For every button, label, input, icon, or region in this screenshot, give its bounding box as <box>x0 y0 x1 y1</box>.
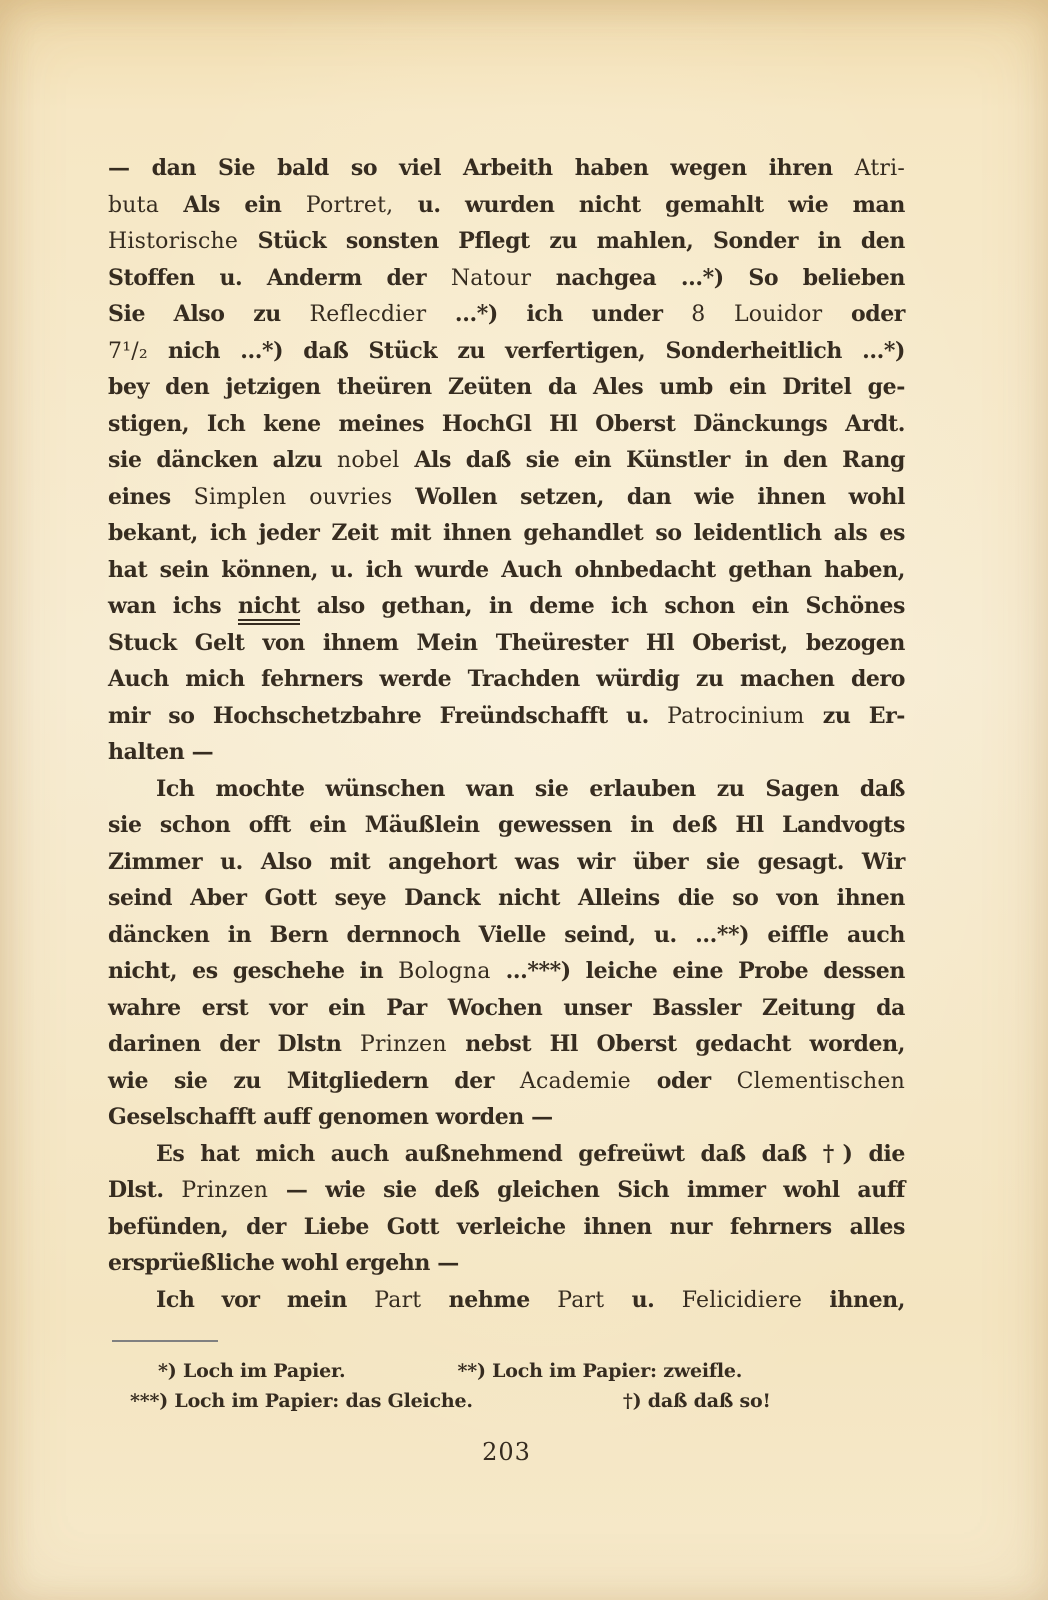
text-line: — dan Sie bald so viel Arbeith haben weg… <box>108 150 905 187</box>
text-segment: Auch mich fehrners werde Trachden würdig… <box>108 666 905 692</box>
text-segment: Dlst. <box>108 1177 181 1203</box>
text-segment: also gethan, in deme ich schon ein Schön… <box>300 593 905 619</box>
text-line: bey den jetzigen theüren Zeüten da Ales … <box>108 369 905 406</box>
text-line: eines Simplen ouvries Wollen setzen, dan… <box>108 479 905 516</box>
text-line: Dlst. Prinzen — wie sie deß gleichen Sic… <box>108 1172 905 1209</box>
text-segment: Part <box>374 1288 421 1313</box>
text-segment: Bologna <box>398 959 490 984</box>
text-line: seind Aber Gott seye Danck nicht Alleins… <box>108 880 905 917</box>
footnote-row: *) Loch im Papier.**) Loch im Papier: zw… <box>158 1356 905 1386</box>
text-segment: nicht, es geschehe in <box>108 958 398 984</box>
text-segment: Zimmer u. Also mit angehort was wir über… <box>108 849 905 875</box>
text-line: bekant, ich jeder Zeit mit ihnen gehandl… <box>108 515 905 552</box>
text-segment: Als daß sie ein Künstler in den Rang <box>400 447 905 473</box>
text-segment: Ich vor mein <box>156 1287 374 1313</box>
text-segment: ersprüeßliche wohl ergehn — <box>108 1250 459 1276</box>
footnote-row: ***) Loch im Papier: das Gleiche.†) daß … <box>130 1386 905 1416</box>
text-segment: wie sie zu Mitgliedern der <box>108 1068 520 1094</box>
text-segment: Als ein <box>183 192 306 218</box>
text-segment: nebst Hl Oberst gedacht worden, <box>447 1031 905 1057</box>
text-segment: eines <box>108 484 194 510</box>
text-segment: Patrocinium <box>667 704 804 729</box>
text-segment: Stück sonsten Pflegt zu mahlen, Sonder i… <box>258 228 905 254</box>
text-line: mir so Hochschetzbahre Freündschafft u. … <box>108 698 905 735</box>
text-segment: hat sein können, u. ich wurde Auch ohnbe… <box>108 557 905 583</box>
text-line: Stuck Gelt von ihnem Mein Theürester Hl … <box>108 625 905 662</box>
text-segment: ihnen, <box>802 1287 905 1313</box>
text-segment: 8 Louidor <box>691 302 822 327</box>
text-line: Sie Also zu Reflecdier ...*) ich under 8… <box>108 296 905 333</box>
text-line: nicht, es geschehe in Bologna ...***) le… <box>108 953 905 990</box>
text-segment: ...*) ich under <box>426 301 691 327</box>
text-line: Historische Stück sonsten Pflegt zu mahl… <box>108 223 905 260</box>
text-segment: Prinzen <box>181 1178 268 1203</box>
text-line: Es hat mich auch außnehmend gefreüwt daß… <box>108 1136 905 1173</box>
text-segment: mir so Hochschetzbahre Freündschafft u. <box>108 703 667 729</box>
text-segment: bey den jetzigen theüren Zeüten da Ales … <box>108 374 905 400</box>
text-segment: ...***) leiche eine Probe dessen <box>491 958 905 984</box>
book-page: — dan Sie bald so viel Arbeith haben weg… <box>0 0 1048 1600</box>
text-segment: Wollen setzen, dan wie ihnen wohl <box>392 484 905 510</box>
text-segment: Historische <box>108 229 258 254</box>
text-line: befünden, der Liebe Gott verleiche ihnen… <box>108 1209 905 1246</box>
text-line: wahre erst vor ein Par Wochen unser Bass… <box>108 990 905 1027</box>
text-line: Geselschafft auff genomen worden — <box>108 1099 905 1136</box>
text-segment: Es hat mich auch außnehmend gefreüwt daß… <box>156 1141 905 1167</box>
text-line: darinen der Dlstn Prinzen nebst Hl Obers… <box>108 1026 905 1063</box>
text-segment: u. <box>604 1287 681 1313</box>
text-line: Stoffen u. Anderm der Natour nachgea ...… <box>108 260 905 297</box>
text-segment: Stuck Gelt von ihnem Mein Theürester Hl … <box>108 630 905 656</box>
footnote-right: †) daß daß so! <box>623 1390 771 1412</box>
text-segment: Part <box>557 1288 604 1313</box>
text-segment: — dan Sie bald so viel Arbeith haben weg… <box>108 155 855 181</box>
text-segment: Atri- <box>855 156 905 181</box>
footnote-separator <box>112 1340 218 1342</box>
text-line: Ich mochte wünschen wan sie erlauben zu … <box>108 771 905 808</box>
text-line: halten — <box>108 734 905 771</box>
letter-text-block: — dan Sie bald so viel Arbeith haben weg… <box>108 150 905 1466</box>
text-segment: buta <box>108 193 183 218</box>
text-segment: bekant, ich jeder Zeit mit ihnen gehandl… <box>108 520 905 546</box>
text-segment: Ich mochte wünschen wan sie erlauben zu … <box>156 776 905 802</box>
text-segment: sie däncken alzu <box>108 447 337 473</box>
text-line: sie schon offt ein Mäußlein gewessen in … <box>108 807 905 844</box>
text-segment: befünden, der Liebe Gott verleiche ihnen… <box>108 1214 905 1240</box>
text-segment: 7¹/₂ <box>108 339 148 364</box>
text-segment: u. wurden nicht gemahlt wie man <box>393 192 905 218</box>
text-line: hat sein können, u. ich wurde Auch ohnbe… <box>108 552 905 589</box>
text-segment: oder <box>631 1068 737 1094</box>
text-segment: nehme <box>421 1287 557 1313</box>
text-segment: zu Er- <box>804 703 905 729</box>
text-segment: nich ...*) daß Stück zu verfertigen, Son… <box>148 338 905 364</box>
text-line: buta Als ein Portret, u. wurden nicht ge… <box>108 187 905 224</box>
footnotes: *) Loch im Papier.**) Loch im Papier: zw… <box>108 1356 905 1416</box>
text-segment: Simplen ouvries <box>194 485 393 510</box>
text-line: 7¹/₂ nich ...*) daß Stück zu verfertigen… <box>108 333 905 370</box>
text-line: Zimmer u. Also mit angehort was wir über… <box>108 844 905 881</box>
text-line: wan ichs nicht also gethan, in deme ich … <box>108 588 905 625</box>
text-segment: Stoffen u. Anderm der <box>108 265 451 291</box>
footnote-left: ***) Loch im Papier: das Gleiche. <box>130 1390 473 1412</box>
text-segment: wan ichs <box>108 593 238 619</box>
text-segment: halten — <box>108 739 213 765</box>
footnote-left: *) Loch im Papier. <box>158 1360 345 1382</box>
text-line: Auch mich fehrners werde Trachden würdig… <box>108 661 905 698</box>
text-line: wie sie zu Mitgliedern der Academie oder… <box>108 1063 905 1100</box>
text-segment: däncken in Bern dernnoch Vielle seind, u… <box>108 922 905 948</box>
text-segment: Felicidiere <box>682 1288 802 1313</box>
text-segment: Clementischen <box>737 1069 905 1094</box>
text-segment: nachgea ...*) So belieben <box>531 265 905 291</box>
text-segment: Natour <box>451 266 531 291</box>
text-segment: nobel <box>337 448 400 473</box>
page-number: 203 <box>108 1438 905 1466</box>
text-segment: Portret, <box>306 193 393 218</box>
text-segment: Geselschafft auff genomen worden — <box>108 1104 553 1130</box>
text-line: däncken in Bern dernnoch Vielle seind, u… <box>108 917 905 954</box>
text-segment: Academie <box>520 1069 631 1094</box>
text-segment: Reflecdier <box>310 302 427 327</box>
underlined-word: nicht <box>238 593 300 625</box>
text-segment: stigen, Ich kene meines HochGl Hl Oberst… <box>108 411 905 437</box>
text-line: sie däncken alzu nobel Als daß sie ein K… <box>108 442 905 479</box>
text-segment: wahre erst vor ein Par Wochen unser Bass… <box>108 995 905 1021</box>
text-line: ersprüeßliche wohl ergehn — <box>108 1245 905 1282</box>
text-segment: sie schon offt ein Mäußlein gewessen in … <box>108 812 905 838</box>
text-segment: seind Aber Gott seye Danck nicht Alleins… <box>108 885 905 911</box>
text-line: stigen, Ich kene meines HochGl Hl Oberst… <box>108 406 905 443</box>
text-segment: — wie sie deß gleichen Sich immer wohl a… <box>268 1177 905 1203</box>
text-segment: Prinzen <box>360 1032 447 1057</box>
text-segment: darinen der Dlstn <box>108 1031 360 1057</box>
text-segment: Sie Also zu <box>108 301 310 327</box>
footnote-right: **) Loch im Papier: zweifle. <box>457 1360 742 1382</box>
text-line: Ich vor mein Part nehme Part u. Felicidi… <box>108 1282 905 1319</box>
body-text: — dan Sie bald so viel Arbeith haben weg… <box>108 150 905 1318</box>
text-segment: oder <box>822 301 905 327</box>
